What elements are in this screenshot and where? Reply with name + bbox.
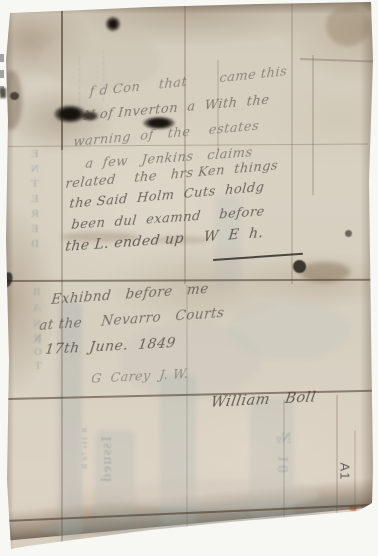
ink-speck [345, 230, 352, 237]
paper-edge-top [0, 0, 378, 14]
fold-crease-vertical-6 [283, 400, 285, 520]
ink-speck [293, 260, 306, 273]
ink-speck [10, 92, 19, 100]
stain [326, 6, 370, 46]
light-mottle [120, 480, 320, 510]
paper-sheet: ENTERED BANK NOT IIIIIIIII IIIIIIIII R 1… [0, 0, 378, 556]
scanner-margin-spot [0, 88, 6, 98]
fold-crease-vertical-4 [312, 55, 314, 195]
showthrough-band [95, 430, 135, 520]
paper-edge-right [360, 0, 378, 520]
pencil-note-a1: A1 [337, 463, 352, 481]
showthrough-denomination: R 11s 7d R [82, 428, 89, 470]
scanned-document: ENTERED BANK NOT IIIIIIIII IIIIIIIII R 1… [0, 0, 378, 556]
fold-crease-vertical-1-dark [61, 10, 63, 150]
handwriting-signature: William Boll [210, 390, 317, 410]
showthrough-left-strip-top: ENTERED [30, 148, 41, 253]
ink-speck [0, 271, 14, 289]
rust-speck [360, 510, 370, 514]
ink-blot-top [103, 14, 123, 34]
showthrough-left-strip-bottom: NOT [33, 332, 44, 374]
